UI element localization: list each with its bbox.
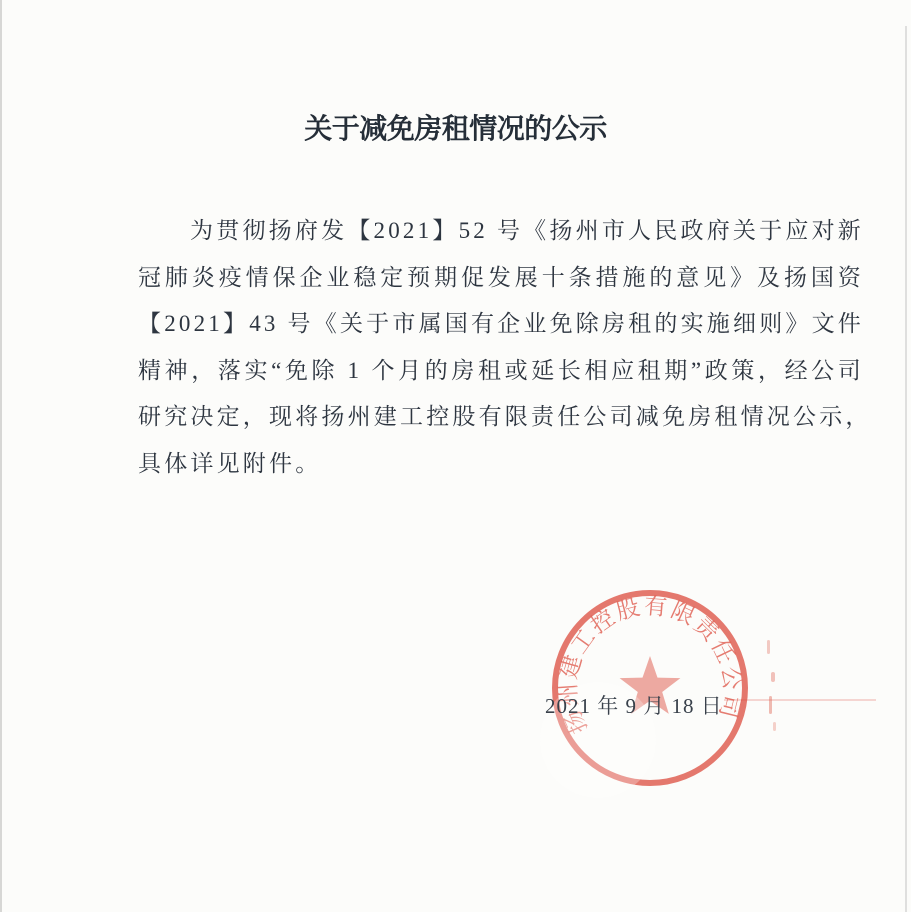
scan-ink-speckle: [767, 640, 770, 654]
body-line: 为贯彻扬府发【2021】52 号《扬州市人民政府关于应对新: [138, 208, 864, 255]
document-date: 2021 年 9 月 18 日: [545, 690, 723, 720]
company-seal-stamp: 扬州建工控股有限责任公司: [540, 578, 760, 798]
body-line: 精神，落实“免除 1 个月的房租或延长相应租期”政策，经公司: [138, 348, 864, 395]
scan-ink-speckle: [771, 672, 775, 682]
body-line: 研究决定，现将扬州建工控股有限责任公司减免房租情况公示，: [138, 394, 864, 441]
body-line: 【2021】43 号《关于市属国有企业免除房租的实施细则》文件: [138, 301, 864, 348]
scan-ink-speckle: [769, 696, 772, 714]
scan-ink-speckle: [773, 722, 776, 731]
document-title: 关于减免房租情况的公示: [0, 112, 911, 146]
document-page: 关于减免房租情况的公示 为贯彻扬府发【2021】52 号《扬州市人民政府关于应对…: [0, 0, 911, 912]
body-line: 具体详见附件。: [138, 441, 864, 488]
scan-edge-right-line: [905, 26, 907, 912]
body-line: 冠肺炎疫情保企业稳定预期促发展十条措施的意见》及扬国资: [138, 255, 864, 302]
document-body: 为贯彻扬府发【2021】52 号《扬州市人民政府关于应对新 冠肺炎疫情保企业稳定…: [138, 208, 864, 487]
